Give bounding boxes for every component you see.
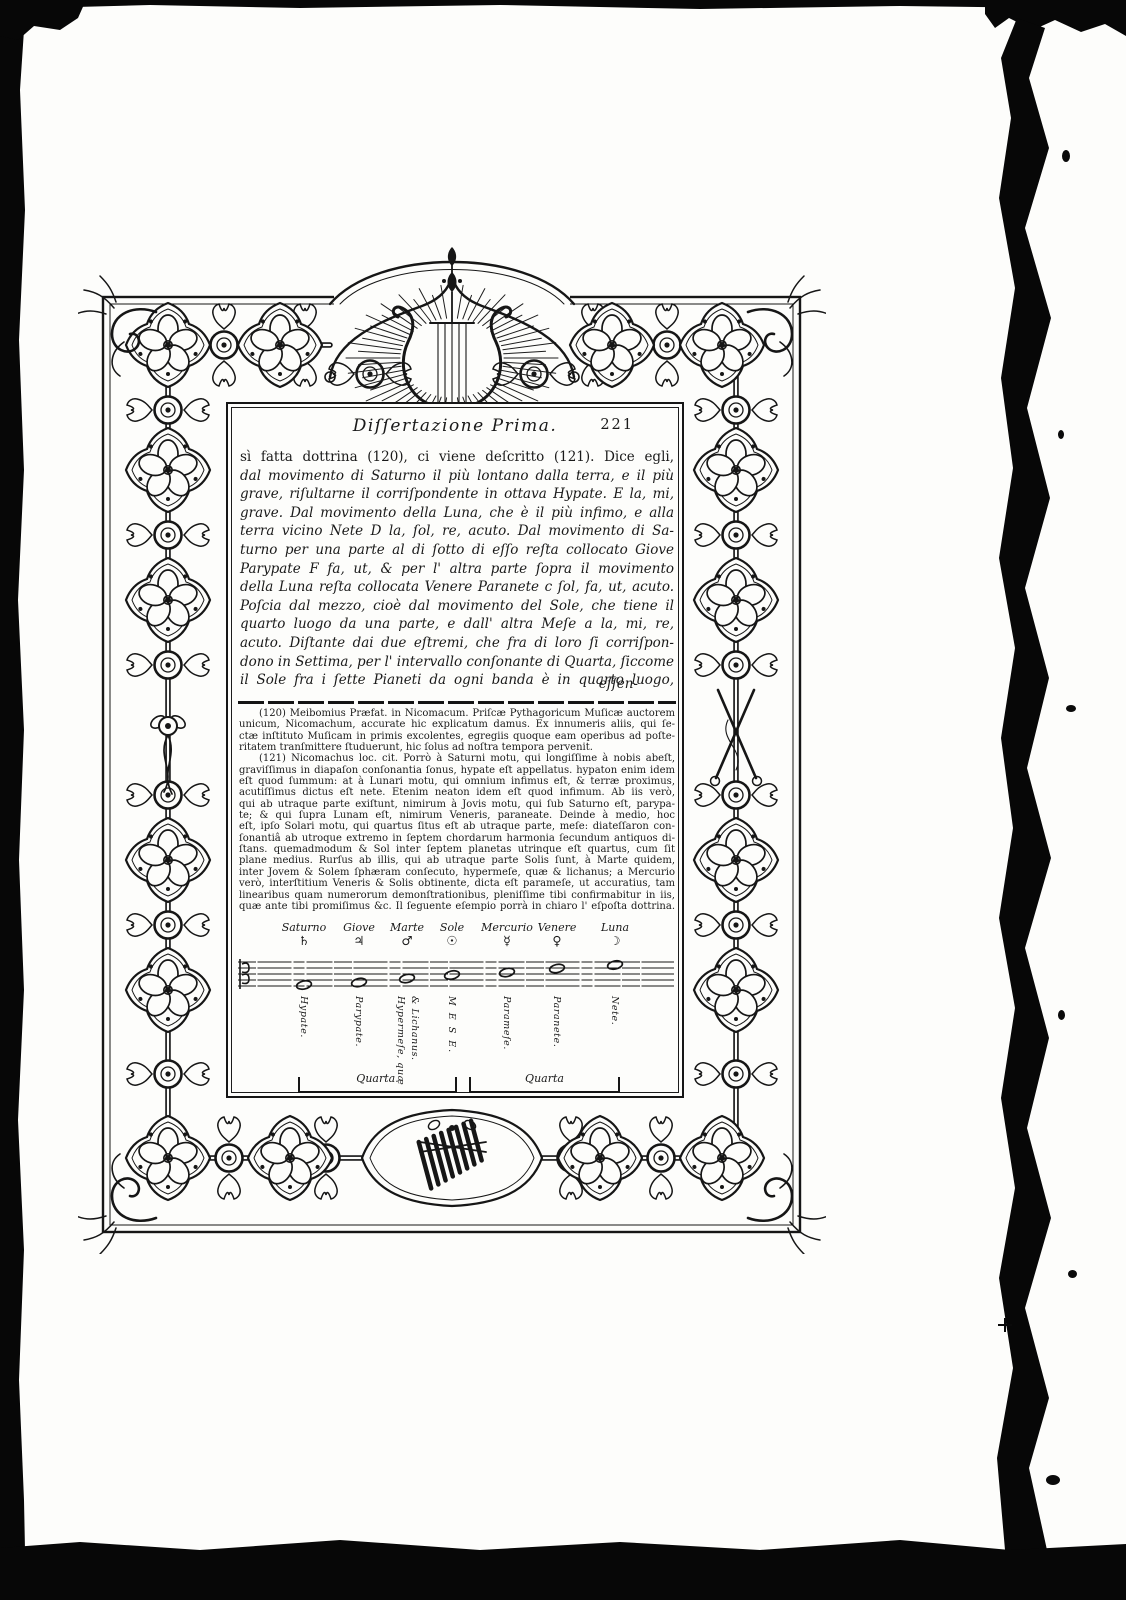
scan-speck [1058,430,1064,439]
footnote-line: acutiſſimus dictus eſt nete. Etenim neat… [239,787,675,798]
body-line: grave, riſultarne il corriſpondente in o… [240,485,674,504]
musical-staff [238,956,674,994]
page-number: 221 [600,417,634,433]
note-name-label: Parypate. [353,996,364,1047]
body-line: dal movimento di Saturno il più lontano … [240,467,674,486]
footnote-line: linearibus quam numerorum demonſtrationi… [239,890,675,901]
footnote-line: qui ab utraque parte exiſtunt, nimirum à… [239,799,675,810]
quarta-label: Quarta [469,1072,620,1085]
body-paragraph: sì fatta dottrina (120), ci viene deſcri… [240,448,674,690]
body-line: sì fatta dottrina (120), ci viene deſcri… [240,448,674,467]
footnote-block: (120) Meibomius Præfat. in Nicomacum. Pr… [239,708,675,912]
body-line: Poſcia dal mezzo, cioè dal movimento del… [240,597,674,616]
footnote-line: eſt quod ſummum: at à Lunari motu, qui o… [239,776,675,787]
footnote-separator [238,701,676,704]
scanned-book-page: Diſſertazione Prima. 221 sì fatta dottri… [0,0,1126,1600]
scan-speck [1068,1270,1077,1278]
note-name-label: Hypate. [298,996,309,1038]
footnote-line: ſtans. quemadmodum & Sol inter ſeptem pl… [239,844,675,855]
note-name-label-secondary: & Lichanus. [409,996,420,1061]
scan-edge-top [0,0,1126,9]
footnote-line: unicum, Nicomachum, accurate hic explica… [239,719,675,730]
scan-speck [1062,150,1070,162]
scan-edge-top-left [0,0,86,42]
footnote-line: ritatem tranſmittere ſtuduerunt, hic ſol… [239,742,675,753]
running-head: Diſſertazione Prima. 221 [228,416,682,440]
scan-speck [1066,705,1076,712]
scan-edge-left [0,0,26,1600]
note-name-label: M E S E. [446,996,457,1054]
footnote-line: eſt, ipſo Solari motu, qui quartus ſitus… [239,821,675,832]
whole-note [607,960,623,971]
footnote-line: te; & qui ſupra Lunam eſt, nimirum Vener… [239,810,675,821]
planet-column: Luna ☽ [580,922,650,948]
footnote-line: (121) Nicomachus loc. cit. Porrò à Satur… [239,753,675,764]
note-name-label: Nete. [609,996,620,1025]
catchword: eſſen- [599,676,638,692]
panpipes-icon [362,1110,542,1206]
body-line: turno per una parte al di ſotto di eſſo … [240,541,674,560]
body-line: Parypate F fa, ut, & per l' altra parte … [240,560,674,579]
staff-lines [238,962,674,986]
footnote-line: ſonantiâ ab utroque extremo in ſeptem ch… [239,833,675,844]
scan-speck [1046,1475,1060,1485]
footnote-line: inter Jovem & Solem ſphæram conſecuto, h… [239,867,675,878]
body-line: dono in Settima, per l' intervallo conſo… [240,653,674,672]
scan-edge-top-right [985,0,1126,36]
scan-edge-bottom [0,1538,1126,1600]
body-line: quarto luogo da una parte, e dall' altra… [240,615,674,634]
scan-speck-cross [998,1324,1012,1326]
body-line: grave. Dal movimento della Luna, che è i… [240,504,674,523]
note-name-label: Paranete. [551,996,562,1047]
whole-note [499,967,515,978]
text-block: Diſſertazione Prima. 221 sì fatta dottri… [226,402,684,1098]
footnote-line: ctæ inſtituto Muſicam in primis excolent… [239,731,675,742]
footnote-line: graviſſimus in diapaſon conſonantia ſonu… [239,765,675,776]
quarta-label: Quarta. [298,1072,457,1085]
whole-note [444,970,460,981]
footnote-line: quæ ante tibi promiſimus &c. Il ſeguente… [239,901,675,912]
whole-note [296,980,312,991]
moon-symbol-icon: ☽ [580,934,650,948]
body-line: acuto. Diſtante dai due eſtremi, che fra… [240,634,674,653]
footnote-line: (120) Meibomius Præfat. in Nicomacum. Pr… [239,708,675,719]
quarta-bracket-right: Quarta [469,1076,620,1093]
quarta-bracket-left: Quarta. [298,1076,457,1093]
note-name-label: Parameſe. [501,996,512,1050]
footnote-line: verò, interſtitium Veneris & Solis obtin… [239,878,675,889]
scan-speck [1058,1010,1065,1020]
body-line: della Luna reſta collocata Venere Parane… [240,578,674,597]
whole-note [399,973,415,984]
body-line: terra vicino Nete D la, ſol, re, acuto. … [240,522,674,541]
footnote-line: plane medius. Rurſus ab illis, qui ab ut… [239,855,675,866]
page-title: Diſſertazione Prima. [353,416,558,436]
